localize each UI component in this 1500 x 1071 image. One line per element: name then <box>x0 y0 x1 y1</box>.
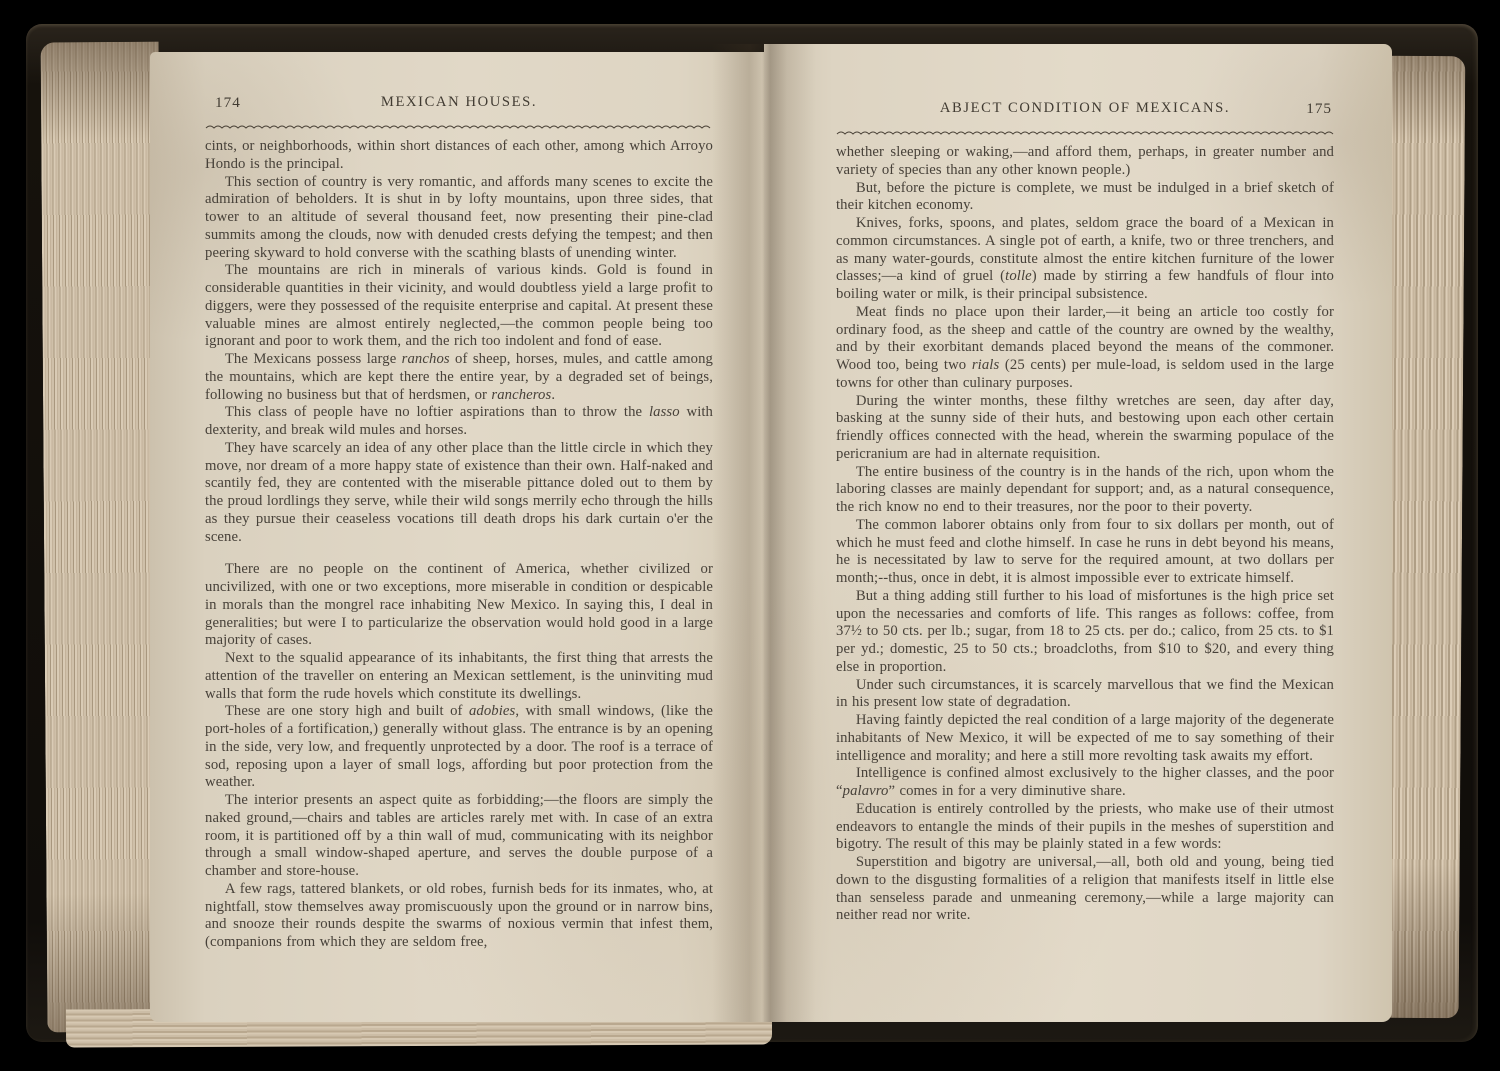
paragraph: There are no people on the continent of … <box>205 561 713 650</box>
paragraph: This section of country is very romantic… <box>205 174 713 263</box>
paragraph: They have scarcely an idea of any other … <box>205 440 713 547</box>
paragraph: The mountains are rich in minerals of va… <box>205 262 713 351</box>
paragraph: Intelligence is confined almost exclusiv… <box>836 765 1334 801</box>
paragraph: The common laborer obtains only from fou… <box>836 517 1334 588</box>
paragraph: These are one story high and built of ad… <box>205 703 713 792</box>
page-number-left: 174 <box>215 94 241 112</box>
paragraph: The Mexicans possess large ranchos of sh… <box>205 351 713 404</box>
wavy-rule-left <box>205 122 713 132</box>
paragraph: This class of people have no loftier asp… <box>205 404 713 440</box>
paragraph: During the winter months, these filthy w… <box>836 393 1334 464</box>
page-right: ABJECT CONDITION OF MEXICANS. 175 whethe… <box>764 44 1392 1022</box>
page-left: 174 MEXICAN HOUSES. cints, or neighborho… <box>150 52 764 1022</box>
paragraph: Meat finds no place upon their larder,—i… <box>836 304 1334 393</box>
paragraph: But a thing adding still further to his … <box>836 588 1334 677</box>
right-page-text: whether sleeping or waking,—and afford t… <box>836 144 1334 925</box>
paragraph: The entire business of the country is in… <box>836 464 1334 517</box>
page-number-right: 175 <box>1306 100 1332 118</box>
paragraph: whether sleeping or waking,—and afford t… <box>836 144 1334 180</box>
paragraph: Under such circumstances, it is scarcely… <box>836 677 1334 713</box>
paragraph: But, before the picture is complete, we … <box>836 180 1334 216</box>
page-edges-left <box>41 42 166 1033</box>
paragraph: Education is entirely controlled by the … <box>836 801 1334 854</box>
paragraph: The interior presents an aspect quite as… <box>205 792 713 881</box>
page-left-header: 174 MEXICAN HOUSES. <box>205 94 713 114</box>
page-right-header: ABJECT CONDITION OF MEXICANS. 175 <box>836 100 1334 120</box>
paragraph: Next to the squalid appearance of its in… <box>205 650 713 703</box>
paragraph: Having faintly depicted the real conditi… <box>836 712 1334 765</box>
paragraph: A few rags, tattered blankets, or old ro… <box>205 881 713 952</box>
page-edges-right <box>1385 56 1466 1018</box>
paragraph: Knives, forks, spoons, and plates, seldo… <box>836 215 1334 304</box>
running-title-left: MEXICAN HOUSES. <box>205 94 713 111</box>
paragraph: cints, or neighborhoods, within short di… <box>205 138 713 174</box>
running-title-right: ABJECT CONDITION OF MEXICANS. <box>836 100 1334 117</box>
wavy-rule-right <box>836 128 1334 138</box>
left-page-text: cints, or neighborhoods, within short di… <box>205 138 713 952</box>
paragraph: Superstition and bigotry are universal,—… <box>836 854 1334 925</box>
book-photograph: 174 MEXICAN HOUSES. cints, or neighborho… <box>0 0 1500 1071</box>
